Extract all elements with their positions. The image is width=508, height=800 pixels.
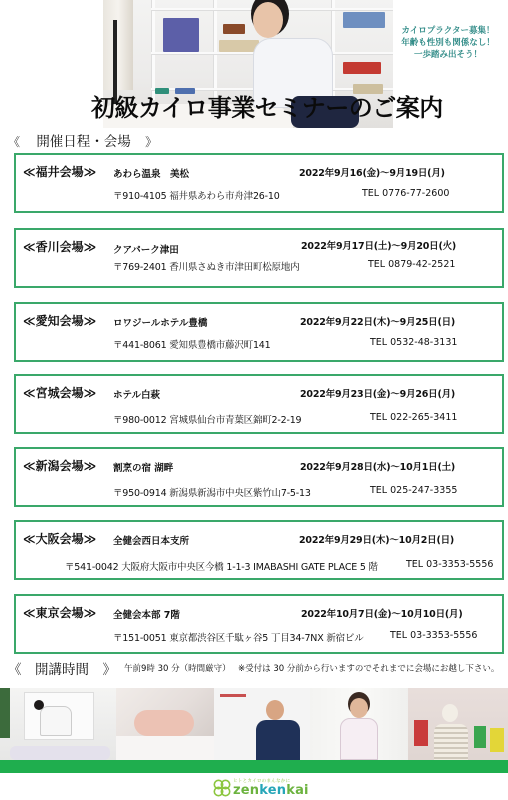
plant bbox=[0, 688, 10, 738]
venue-address: 〒151-0051 東京都渋谷区千駄ヶ谷5 丁目34-7NX 新宿ビル bbox=[113, 630, 364, 644]
venue-name: ≪新潟会場≫ bbox=[23, 457, 96, 474]
venue-name: ≪愛知会場≫ bbox=[23, 312, 96, 329]
venue-address: 〒541-0042 大阪府大阪市中央区今橋 1-1-3 IMABASHI GAT… bbox=[65, 559, 378, 573]
therapist-head bbox=[34, 700, 44, 710]
staff-body bbox=[340, 718, 378, 760]
venue-address: 〒441-8061 愛知県豊橋市藤沢町141 bbox=[113, 337, 271, 351]
product-box bbox=[343, 62, 381, 74]
skeleton-skull bbox=[442, 704, 458, 722]
photo-strip bbox=[0, 688, 508, 760]
venue-date: 2022年9月23日(金)～9月26日(月) bbox=[300, 386, 455, 400]
venue-tel: TEL 0879-42-2521 bbox=[368, 259, 455, 270]
therapist-head bbox=[253, 2, 283, 38]
venue-date: 2022年9月29日(木)～10月2日(日) bbox=[299, 532, 454, 546]
venue-tel: TEL 0532-48-3131 bbox=[370, 337, 457, 348]
poster-yellow bbox=[490, 728, 504, 752]
skeleton-model bbox=[103, 0, 133, 90]
page-title: 初級カイロ事業セミナーのご案内 bbox=[91, 88, 421, 123]
zenkenkai-logo: ヒトとカイロのまんなかに zenkenkai bbox=[212, 776, 302, 798]
venue-name: ≪東京会場≫ bbox=[23, 604, 96, 621]
venue-place: 全健会西日本支所 bbox=[113, 533, 189, 547]
venue-name: ≪福井会場≫ bbox=[23, 163, 96, 180]
venue-date: 2022年9月22日(木)～9月25日(日) bbox=[300, 314, 455, 328]
photo-staff bbox=[310, 688, 408, 760]
caption-line: カイロプラクター募集！ bbox=[388, 25, 508, 37]
venue-address: 〒980-0012 宮城県仙台市青葉区錦町2-2-19 bbox=[113, 412, 301, 426]
caption-line: 年齢も性別も関係なし！ bbox=[388, 37, 508, 49]
venue-date: 2022年9月17日(土)～9月20日(火) bbox=[301, 238, 456, 252]
therapist bbox=[40, 706, 72, 736]
venue-tokyo: ≪東京会場≫ 全健会本部 7階 2022年10月7日(金)～10月10日(月) … bbox=[14, 594, 504, 654]
bracket-close: 》 bbox=[145, 135, 157, 149]
photo-adjustment bbox=[0, 688, 116, 760]
venue-name: ≪香川会場≫ bbox=[23, 238, 96, 255]
clover-icon bbox=[212, 778, 232, 798]
hands bbox=[134, 710, 194, 736]
patient bbox=[10, 746, 110, 760]
photo-lecture bbox=[214, 688, 310, 760]
skeleton-ribs bbox=[434, 724, 468, 760]
lecturer-head bbox=[266, 700, 284, 720]
venue-date: 2022年9月28日(水)～10月1日(土) bbox=[300, 459, 455, 473]
venue-place: ホテル白萩 bbox=[113, 387, 160, 401]
venue-niigata: ≪新潟会場≫ 割烹の宿 湖畔 2022年9月28日(水)～10月1日(土) 〒9… bbox=[14, 447, 504, 507]
venue-osaka: ≪大阪会場≫ 全健会西日本支所 2022年9月29日(木)～10月2日(日) 〒… bbox=[14, 520, 504, 580]
caption-line: 一歩踏み出そう！ bbox=[388, 49, 508, 61]
hours-label: 《 開講時間 》 bbox=[8, 658, 116, 678]
poster-red bbox=[414, 720, 428, 746]
sheet bbox=[116, 736, 214, 760]
staff-head bbox=[350, 698, 368, 718]
venue-place: 割烹の宿 湖畔 bbox=[113, 460, 173, 474]
logo-wordmark: zenkenkai bbox=[233, 783, 309, 798]
product-box bbox=[223, 24, 245, 34]
product-box bbox=[343, 12, 385, 28]
whiteboard-text bbox=[220, 694, 246, 697]
venue-place: あわら温泉 美松 bbox=[113, 166, 189, 180]
venue-tel: TEL 025-247-3355 bbox=[370, 485, 457, 496]
venue-tel: TEL 0776-77-2600 bbox=[362, 188, 449, 199]
lecturer bbox=[256, 720, 300, 760]
venue-fukui: ≪福井会場≫ あわら温泉 美松 2022年9月16(金)～9月19日(月) 〒9… bbox=[14, 153, 504, 213]
bracket-open: 《 bbox=[8, 135, 20, 149]
venue-address: 〒950-0914 新潟県新潟市中央区紫竹山7-5-13 bbox=[113, 485, 311, 499]
product-box bbox=[163, 18, 199, 52]
reception-note: ※受付は 30 分前から行いますのでそれまでに会場にお越し下さい。 bbox=[238, 662, 499, 674]
photo-skeleton bbox=[408, 688, 508, 760]
venue-date: 2022年10月7日(金)～10月10日(月) bbox=[301, 606, 462, 620]
venue-place: ロワジールホテル豊橋 bbox=[113, 315, 207, 329]
section-title: 開催日程・会場 bbox=[36, 134, 131, 150]
logo-word-kai: kai bbox=[286, 783, 308, 798]
venue-name: ≪宮城会場≫ bbox=[23, 384, 96, 401]
poster-green bbox=[474, 726, 486, 748]
venue-kagawa: ≪香川会場≫ クアパーク津田 2022年9月17日(土)～9月20日(火) 〒7… bbox=[14, 228, 504, 288]
logo-word-zen: zen bbox=[233, 783, 259, 798]
hours-value: 午前9時 30 分（時間厳守） bbox=[124, 662, 231, 674]
venue-place: クアパーク津田 bbox=[113, 242, 179, 256]
venue-tel: TEL 022-265-3411 bbox=[370, 412, 457, 423]
venue-aichi: ≪愛知会場≫ ロワジールホテル豊橋 2022年9月22日(木)～9月25日(日)… bbox=[14, 302, 504, 362]
photo-hands bbox=[116, 688, 214, 760]
logo-word-ken: ken bbox=[259, 783, 286, 798]
green-footer-bar bbox=[0, 760, 508, 773]
venue-miyagi: ≪宮城会場≫ ホテル白萩 2022年9月23日(金)～9月26日(月) 〒980… bbox=[14, 374, 504, 434]
venue-date: 2022年9月16(金)～9月19日(月) bbox=[299, 165, 445, 179]
shelf-divider bbox=[151, 0, 155, 100]
venue-tel: TEL 03-3353-5556 bbox=[390, 630, 477, 641]
venue-name: ≪大阪会場≫ bbox=[23, 530, 96, 547]
hours-row: 《 開講時間 》 午前9時 30 分（時間厳守） ※受付は 30 分前から行いま… bbox=[8, 658, 508, 678]
venue-address: 〒910-4105 福井県あわら市舟津26-10 bbox=[113, 188, 280, 202]
shelf-divider bbox=[213, 0, 217, 100]
venue-address: 〒769-2401 香川県さぬき市津田町松原地内 bbox=[113, 259, 299, 273]
venue-place: 全健会本部 7階 bbox=[113, 607, 180, 621]
schedule-section-heading: 《 開催日程・会場 》 bbox=[8, 130, 157, 150]
recruit-caption: カイロプラクター募集！ 年齢も性別も関係なし！ 一歩踏み出そう！ bbox=[388, 25, 508, 61]
venue-tel: TEL 03-3353-5556 bbox=[406, 559, 493, 570]
